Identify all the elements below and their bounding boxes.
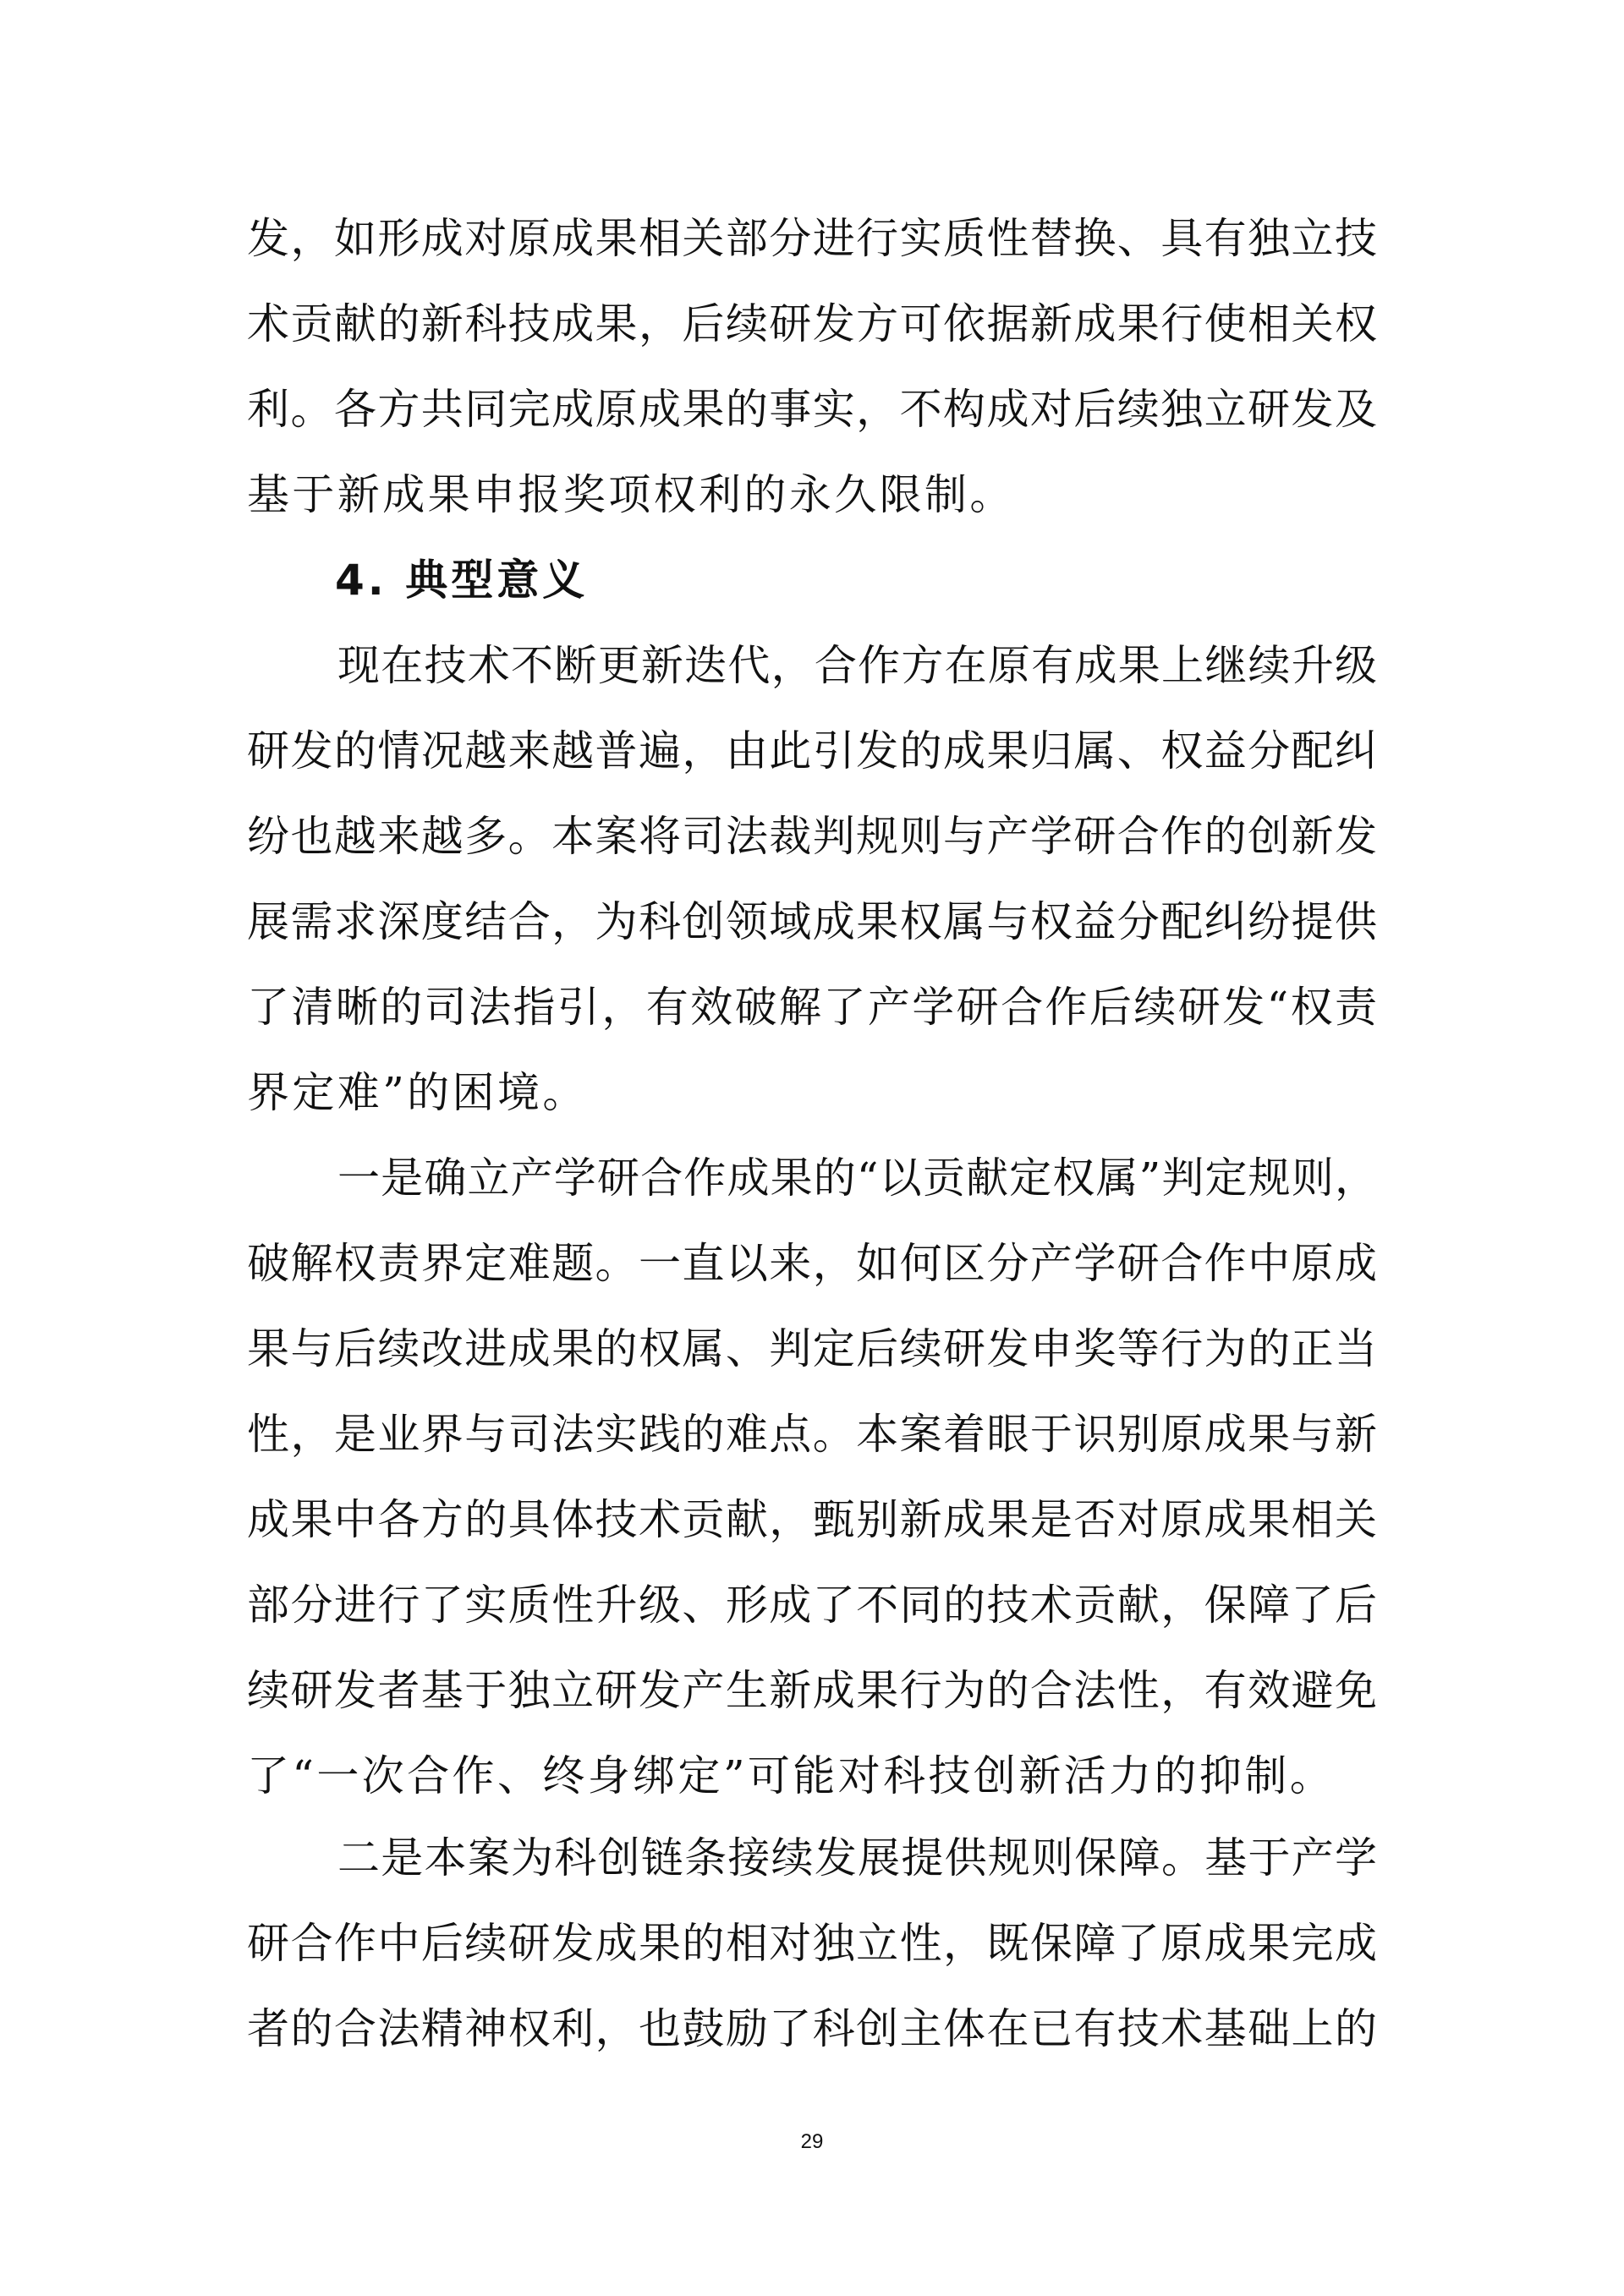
paragraph-line: 现在技术不断更新迭代，合作方在原有成果上继续升级	[337, 640, 1377, 691]
paragraph-line: 基于新成果申报奖项权利的永久限制。	[247, 469, 1377, 520]
section-heading: 4. 典型意义	[335, 555, 588, 606]
page-number: 29	[0, 2129, 1624, 2155]
paragraph-line: 破解权责界定难题。一直以来，如何区分产学研合作中原成	[247, 1238, 1377, 1289]
document-page: 发，如形成对原成果相关部分进行实质性替换、具有独立技 术贡献的新科技成果，后续研…	[0, 0, 1624, 2296]
paragraph-line: 者的合法精神权利，也鼓励了科创主体在已有技术基础上的	[247, 2003, 1377, 2054]
paragraph-line: 二是本案为科创链条接续发展提供规则保障。基于产学	[337, 1833, 1377, 1883]
paragraph-line: 研发的情况越来越普遍，由此引发的成果归属、权益分配纠	[247, 726, 1377, 776]
paragraph-line: 一是确立产学研合作成果的“以贡献定权属”判定规则，	[337, 1153, 1377, 1203]
paragraph-line: 术贡献的新科技成果，后续研发方可依据新成果行使相关权	[247, 299, 1377, 349]
paragraph-line: 果与后续改进成果的权属、判定后续研发申奖等行为的正当	[247, 1323, 1377, 1374]
paragraph-line: 界定难”的困境。	[247, 1067, 1377, 1118]
paragraph-line: 研合作中后续研发成果的相对独立性，既保障了原成果完成	[247, 1918, 1377, 1969]
paragraph-line: 利。各方共同完成原成果的事实，不构成对后续独立研发及	[247, 384, 1377, 435]
paragraph-line: 成果中各方的具体技术贡献，甄别新成果是否对原成果相关	[247, 1494, 1377, 1545]
paragraph-line: 了“一次合作、终身绑定”可能对科技创新活力的抑制。	[247, 1751, 1377, 1801]
paragraph-line: 展需求深度结合，为科创领域成果权属与权益分配纠纷提供	[247, 896, 1377, 947]
paragraph-line: 性，是业界与司法实践的难点。本案着眼于识别原成果与新	[247, 1409, 1377, 1460]
paragraph-line: 续研发者基于独立研发产生新成果行为的合法性，有效避免	[247, 1665, 1377, 1716]
paragraph-line: 了清晰的司法指引，有效破解了产学研合作后续研发“权责	[247, 982, 1377, 1033]
paragraph-line: 发，如形成对原成果相关部分进行实质性替换、具有独立技	[247, 213, 1377, 264]
paragraph-line: 纷也越来越多。本案将司法裁判规则与产学研合作的创新发	[247, 811, 1377, 862]
paragraph-line: 部分进行了实质性升级、形成了不同的技术贡献，保障了后	[247, 1580, 1377, 1630]
